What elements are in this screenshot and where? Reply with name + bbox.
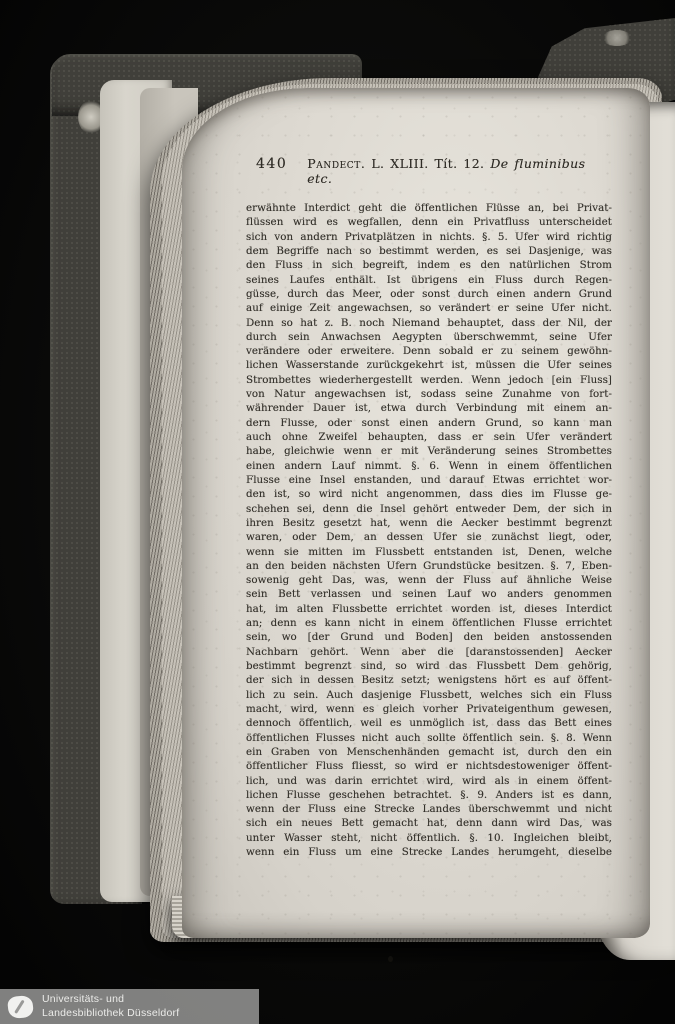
- ulb-library-logo-icon: [7, 994, 34, 1018]
- text-line: Strombettes wiederhergestellt werden. We…: [246, 373, 612, 387]
- text-line: dennoch öffentlich, weil es unmöglich is…: [246, 716, 612, 730]
- library-watermark: Universitäts- und Landesbibliothek Düsse…: [0, 989, 259, 1024]
- text-line: der sich in dessen Besitz setzt; wenigst…: [246, 673, 612, 687]
- text-line: lichen Wasserstande zurückgekehrt ist, m…: [246, 358, 612, 372]
- text-line: währender Dauer ist, etwa durch Verbindu…: [246, 401, 612, 415]
- text-line: öffentlichen Flusses nicht auch sollte ö…: [246, 731, 612, 745]
- text-line: macht, wird, wenn es gleich vorher Priva…: [246, 702, 612, 716]
- text-line: einen andern Lauf nimmt. §. 6. Wenn in e…: [246, 459, 612, 473]
- text-line: auf einige Zeit angewachsen, so veränder…: [246, 301, 612, 315]
- text-line: waren, oder Dem, an dessen Ufer sie zunä…: [246, 530, 612, 544]
- text-line: an; denn es kann nicht in einem öffentli…: [246, 616, 612, 630]
- text-line: lich, und was darin errichtet wird, wird…: [246, 774, 612, 788]
- text-line: erwähnte Interdict geht die öffentlichen…: [246, 201, 612, 215]
- text-line: dem Begriffe nach so bestimmt werden, es…: [246, 244, 612, 258]
- ink-speck: [388, 956, 393, 962]
- page-content: 440 Pandect. L. XLIII. Tít. 12. De flumi…: [246, 156, 612, 859]
- library-watermark-text: Universitäts- und Landesbibliothek Düsse…: [42, 993, 179, 1020]
- worn-corner-detail: [602, 30, 632, 46]
- text-line: flüssen wird es wegfallen, denn ein Priv…: [246, 215, 612, 229]
- watermark-line2: Landesbibliothek Düsseldorf: [42, 1007, 179, 1021]
- text-line: den Fluss in sich begreift, indem es den…: [246, 258, 612, 272]
- text-line: verändere oder erweitere. Denn sobald er…: [246, 344, 612, 358]
- text-line: sein, wo [der Grund und Boden] den beide…: [246, 630, 612, 644]
- body-text: erwähnte Interdict geht die öffentlichen…: [246, 201, 612, 859]
- text-line: hat, im alten Flussbette errichtet worde…: [246, 602, 612, 616]
- text-line: an den beiden nächsten Ufern Grundstücke…: [246, 559, 612, 573]
- scanned-book-photo: 440 Pandect. L. XLIII. Tít. 12. De flumi…: [0, 0, 675, 1024]
- text-line: ein Graben von Menschenhänden gemacht is…: [246, 745, 612, 759]
- header-title: Pandect. L. XLIII. Tít. 12. De fluminibu…: [307, 156, 612, 186]
- text-line: wenn sie mitten im Flussbett entstanden …: [246, 545, 612, 559]
- text-line: den ist, so wird nicht angenommen, dass …: [246, 487, 612, 501]
- text-line: sein Bett verlassen und seinen Lauf wo a…: [246, 587, 612, 601]
- text-line: ihren Besitz gesetzt hat, wenn die Aecke…: [246, 516, 612, 530]
- text-line: auch ohne Zweifel behaupten, dass er sei…: [246, 430, 612, 444]
- text-line: habe, gleichwie wenn er mit Veränderung …: [246, 444, 612, 458]
- header-title-smallcaps: Pandect.: [307, 156, 365, 171]
- running-header: 440 Pandect. L. XLIII. Tít. 12. De flumi…: [246, 156, 612, 186]
- text-line: öffentlicher Fluss fliesst, so wird er n…: [246, 759, 612, 773]
- text-line: Nachbarn gehört. Wenn aber die [daransto…: [246, 645, 612, 659]
- text-line: seines Laufes enthält. Ist übrigens ein …: [246, 273, 612, 287]
- text-line: sich ein neues Bett gemacht hat, denn da…: [246, 816, 612, 830]
- page-number: 440: [256, 156, 287, 172]
- text-line: durch sein Anwachsen Aegypten überschwem…: [246, 330, 612, 344]
- text-line: sich von andern Privatplätzen in nichts.…: [246, 230, 612, 244]
- text-line: dern Flusse, oder sonst einen andern Gru…: [246, 416, 612, 430]
- text-line: Denn so hat z. B. noch Niemand behauptet…: [246, 316, 612, 330]
- text-line: wenn ein Fluss um eine Strecke Landes he…: [246, 845, 612, 859]
- text-line: lichen Flusse geschehen betrachtet. §. 9…: [246, 788, 612, 802]
- text-line: wenn der Fluss eine Strecke Landes übers…: [246, 802, 612, 816]
- text-line: unter Wasser steht, nicht öffentlich. §.…: [246, 831, 612, 845]
- text-line: sowenig geht Das, was, wenn der Fluss au…: [246, 573, 612, 587]
- text-line: bestimmt begrenzt sind, so wird das Flus…: [246, 659, 612, 673]
- header-title-rest: L. XLIII. Tít. 12.: [371, 156, 484, 171]
- text-line: schehen sei, denn die Insel gehört entwe…: [246, 502, 612, 516]
- text-line: von Natur angewachsen ist, sodass seine …: [246, 387, 612, 401]
- text-line: lich zu sein. Auch dasjenige Flussbett, …: [246, 688, 612, 702]
- text-line: güsse, durch das Meer, oder sonst durch …: [246, 287, 612, 301]
- watermark-line1: Universitäts- und: [42, 993, 179, 1007]
- text-line: Flusse eine Insel enstanden, und darauf …: [246, 473, 612, 487]
- logo-slit-detail: [14, 999, 24, 1013]
